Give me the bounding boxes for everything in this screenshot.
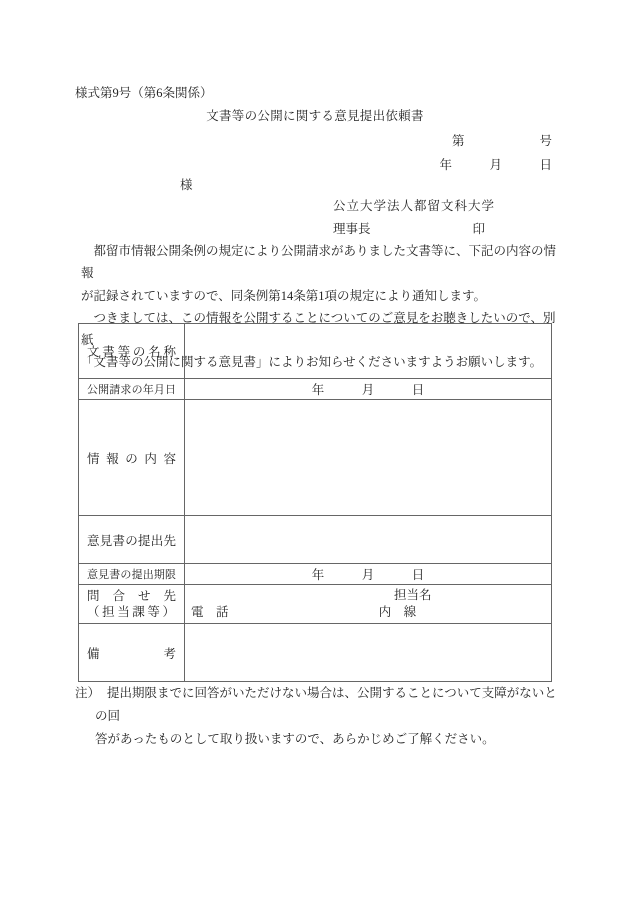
- form-table: 文書等の名称 公開請求の年月日 年 月 日 情報の内容 意見書の提出先 意見書の…: [78, 323, 552, 682]
- recipient-suffix: 様: [180, 175, 193, 193]
- table-row-remarks: 備考: [79, 624, 552, 682]
- contact-phone-line: 電 話 内 線: [191, 604, 545, 621]
- value-contact: 担当名 電 話 内 線: [185, 585, 552, 624]
- document-page: 様式第9号（第6条関係） 文書等の公開に関する意見提出依頼書 第 号 年 月 日…: [0, 0, 630, 903]
- label-contact-line1: 問合せ先: [87, 588, 176, 604]
- label-opinion-deadline: 意見書の提出期限: [79, 564, 185, 585]
- label-document-name: 文書等の名称: [79, 324, 185, 379]
- table-row-opinion-submit-to: 意見書の提出先: [79, 516, 552, 564]
- table-row-document-name: 文書等の名称: [79, 324, 552, 379]
- extension-label: 内 線: [379, 605, 417, 619]
- value-opinion-deadline: 年 月 日: [185, 564, 552, 585]
- seal-placeholder: 印: [472, 219, 485, 237]
- sender-organization: 公立大学法人都留文科大学: [333, 196, 495, 214]
- label-request-date: 公開請求の年月日: [79, 379, 185, 400]
- value-opinion-submit-to: [185, 516, 552, 564]
- document-number-line: 第 号: [0, 131, 552, 149]
- label-information-content: 情報の内容: [79, 400, 185, 516]
- label-opinion-submit-to: 意見書の提出先: [79, 516, 185, 564]
- phone-label: 電 話: [191, 605, 229, 619]
- contact-person-label: 担当名: [191, 587, 545, 604]
- table-row-request-date: 公開請求の年月日 年 月 日: [79, 379, 552, 400]
- value-information-content: [185, 400, 552, 516]
- body-paragraph-1: 都留市情報公開条例の規定により公開請求がありました文書等に、下記の内容の情報 が…: [81, 240, 557, 307]
- table-row-information-content: 情報の内容: [79, 400, 552, 516]
- value-request-date: 年 月 日: [185, 379, 552, 400]
- label-contact: 問合せ先 （担当課等）: [79, 585, 185, 624]
- document-date-line: 年 月 日: [0, 155, 552, 173]
- footnote: 注） 提出期限までに回答がいただけない場合は、公開することについて支障がないとの…: [75, 682, 559, 751]
- table-row-opinion-deadline: 意見書の提出期限 年 月 日: [79, 564, 552, 585]
- form-id: 様式第9号（第6条関係）: [75, 83, 213, 101]
- sender-title-line: 理事長 印: [333, 219, 485, 237]
- value-document-name: [185, 324, 552, 379]
- value-remarks: [185, 624, 552, 682]
- label-remarks: 備考: [79, 624, 185, 682]
- sender-title: 理事長: [333, 219, 371, 237]
- footnote-marker: 注）: [75, 682, 100, 705]
- label-contact-line2: （担当課等）: [87, 604, 176, 620]
- footnote-text: 提出期限までに回答がいただけない場合は、公開することについて支障がないとの回 答…: [95, 682, 559, 751]
- page-title: 文書等の公開に関する意見提出依頼書: [0, 106, 630, 124]
- table-row-contact: 問合せ先 （担当課等） 担当名 電 話 内 線: [79, 585, 552, 624]
